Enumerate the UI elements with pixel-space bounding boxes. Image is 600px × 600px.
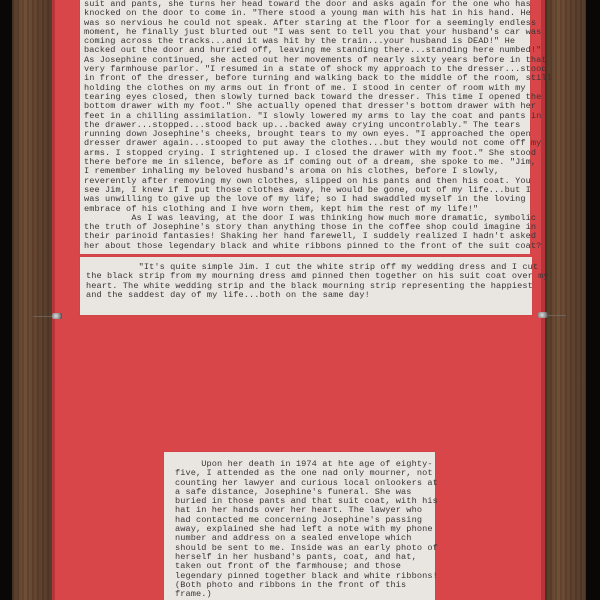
quote-card: "It's quite simple Jim. I cut the white … <box>80 257 532 315</box>
frame-wood-left <box>12 0 52 600</box>
frame-wood-right <box>545 0 586 600</box>
hanging-wire-right <box>548 315 566 316</box>
text-line: and the saddest day of my life...both on… <box>86 291 532 300</box>
story-card: suit and pants, she turns her head towar… <box>80 0 530 254</box>
text-line: (Both photo and ribbons in the front of … <box>175 581 435 590</box>
death-card: Upon her death in 1974 at hte age of eig… <box>164 452 435 600</box>
text-line: frame.) <box>175 590 435 599</box>
hanging-wire-left <box>33 316 53 317</box>
mat-edge-left <box>52 0 55 600</box>
background-shadow-right <box>586 0 600 600</box>
screw-eye-left-icon <box>52 313 62 319</box>
text-line: her about those legendary black and whit… <box>84 242 530 251</box>
screw-eye-right-icon <box>538 312 548 318</box>
background-shadow-left <box>0 0 12 600</box>
